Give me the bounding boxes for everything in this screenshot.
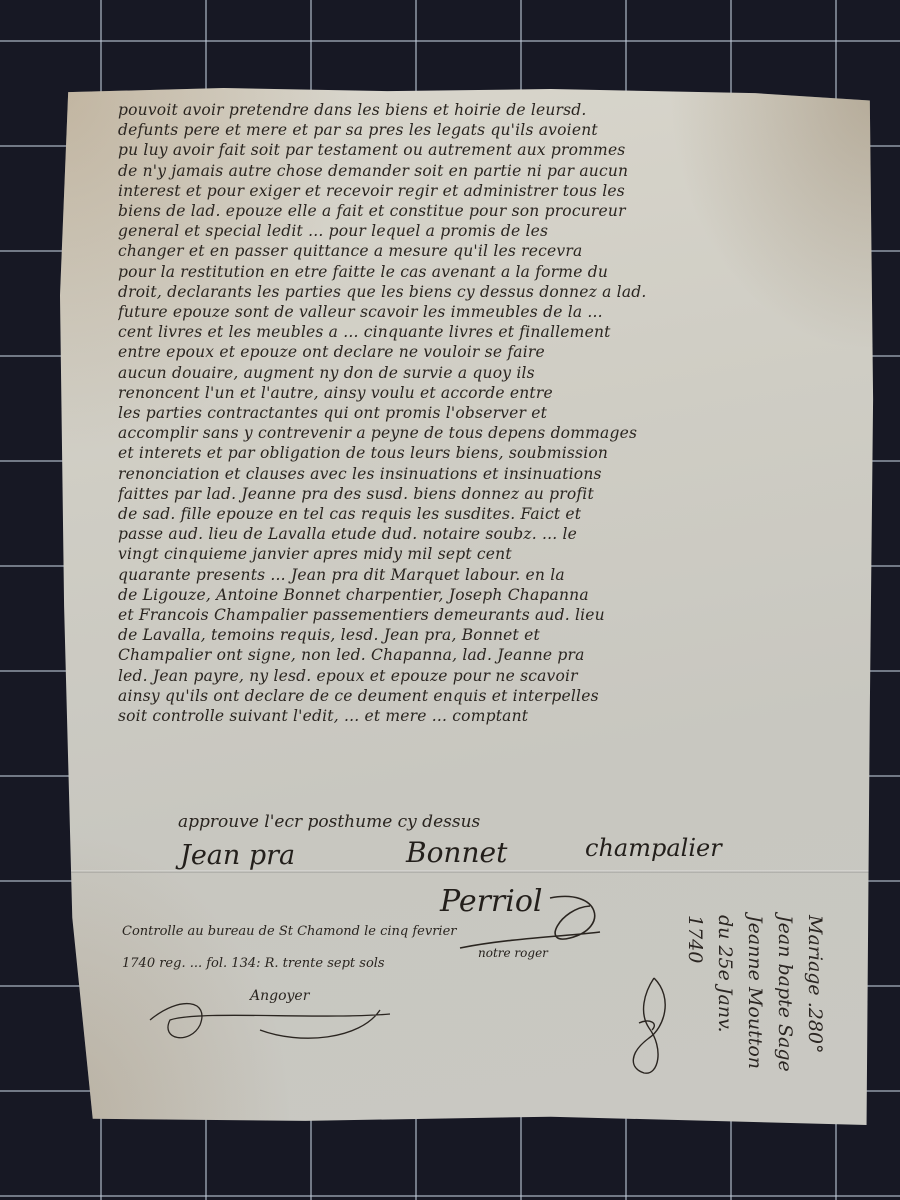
text-line: passe aud. lieu de Lavalla etude dud. no… — [118, 524, 818, 544]
text-line: changer et en passer quittance a mesure … — [118, 241, 818, 261]
text-line: ainsy qu'ils ont declare de ce deument e… — [118, 686, 818, 706]
approval-note: approuve l'ecr posthume cy dessus — [178, 812, 480, 832]
text-line: led. Jean payre, ny lesd. epoux et epouz… — [118, 666, 818, 686]
text-line: de n'y jamais autre chose demander soit … — [118, 161, 818, 181]
docket-line: 1740 — [680, 915, 710, 1072]
signature-champalier: champalier — [585, 834, 722, 862]
text-line: cent livres et les meubles a ... cinquan… — [118, 322, 818, 342]
text-line: renoncent l'un et l'autre, ainsy voulu e… — [118, 383, 818, 403]
text-line: de Lavalla, temoins requis, lesd. Jean p… — [118, 625, 818, 645]
text-line: pouvoit avoir pretendre dans les biens e… — [118, 100, 818, 120]
text-line: future epouze sont de valleur scavoir le… — [118, 302, 818, 322]
docket-line: Mariage .280° — [800, 915, 830, 1072]
text-line: biens de lad. epouze elle a fait et cons… — [118, 201, 818, 221]
text-line: et Francois Champalier passementiers dem… — [118, 605, 818, 625]
control-line-1: Controlle au bureau de St Chamond le cin… — [122, 916, 482, 948]
text-line: aucun douaire, augment ny don de survie … — [118, 363, 818, 383]
docket-line: du 25e Janv. — [710, 915, 740, 1072]
text-line: les parties contractantes qui ont promis… — [118, 403, 818, 423]
text-line: faittes par lad. Jeanne pra des susd. bi… — [118, 484, 818, 504]
text-line: quarante presents ... Jean pra dit Marqu… — [118, 565, 818, 585]
text-line: defunts pere et mere et par sa pres les … — [118, 120, 818, 140]
text-line: de sad. fille epouze en tel cas requis l… — [118, 504, 818, 524]
text-line: accomplir sans y contrevenir a peyne de … — [118, 423, 818, 443]
text-line: droit, declarants les parties que les bi… — [118, 282, 818, 302]
docket-line: Jean bapte Sage — [770, 915, 800, 1072]
signature-jean-pra: Jean pra — [180, 840, 295, 871]
control-flourish-icon — [140, 990, 400, 1050]
text-line: et interets et par obligation de tous le… — [118, 443, 818, 463]
control-line-2: 1740 reg. ... fol. 134: R. trente sept s… — [122, 948, 482, 980]
text-line: interest et pour exiger et recevoir regi… — [118, 181, 818, 201]
text-line: pour la restitution en etre faitte le ca… — [118, 262, 818, 282]
text-line: pu luy avoir fait soit par testament ou … — [118, 140, 818, 160]
text-line: entre epoux et epouze ont declare ne vou… — [118, 342, 818, 362]
text-line: Champalier ont signe, non led. Chapanna,… — [118, 645, 818, 665]
docket-line: Jeanne Moutton — [740, 915, 770, 1072]
text-line: vingt cinquieme janvier apres midy mil s… — [118, 544, 818, 564]
text-line: general et special ledit ... pour lequel… — [118, 221, 818, 241]
docket-endorsement: Mariage .280° Jean bapte Sage Jeanne Mou… — [630, 915, 850, 1115]
manuscript-body: pouvoit avoir pretendre dans les biens e… — [118, 100, 818, 726]
text-line: soit controlle suivant l'edit, ... et me… — [118, 706, 818, 726]
text-line: de Ligouze, Antoine Bonnet charpentier, … — [118, 585, 818, 605]
text-line: renonciation et clauses avec les insinua… — [118, 464, 818, 484]
signature-bonnet: Bonnet — [406, 836, 507, 869]
